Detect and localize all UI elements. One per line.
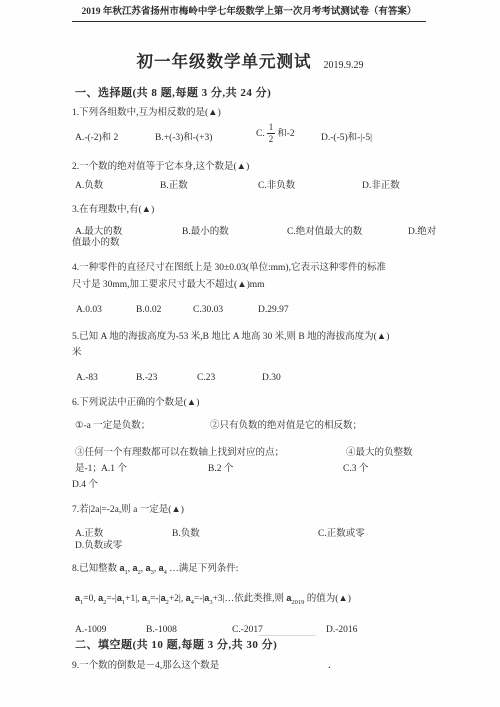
q6-item-4: ④最大的负整数 xyxy=(346,447,413,459)
question-2-text: 2.一个数的绝对值等于它本身,这个数是(▲) xyxy=(72,161,249,173)
q6-option-d: D.4 个 xyxy=(72,479,98,491)
q4-option-a: A.0.03 xyxy=(76,304,102,316)
section-1-heading: 一、选择题(共 8 题,每题 3 分,共 24 分) xyxy=(75,87,271,99)
q1-option-a: A.-(-2)和 2 xyxy=(75,132,118,144)
question-9-period: ． xyxy=(328,660,338,672)
title-block: 初一年级数学单元测试 2019.9.29 xyxy=(0,48,500,72)
q7-option-c: C.正数或零 xyxy=(318,528,365,540)
exam-date: 2019.9.29 xyxy=(324,60,364,72)
q6-option-b: B.2 个 xyxy=(208,463,233,475)
question-4-line2: 尺寸是 30mm,加工要求尺寸最大不超过(▲)mm xyxy=(72,279,265,291)
q5-option-d: D.30 xyxy=(262,372,281,384)
question-8-equation: a1=0, a2=-|a1+1|, a3=-|a2+2|, a4=-|a3+3|… xyxy=(75,592,351,605)
q1-option-b: B.+(-3)和-(+3) xyxy=(155,132,212,144)
q2-option-c: C.非负数 xyxy=(258,180,295,192)
exam-title: 初一年级数学单元测试 xyxy=(137,48,312,72)
question-7-text: 7.若|2a|=-2a,则 a 一定是(▲) xyxy=(72,504,184,516)
q1-option-c-suffix: 和-2 xyxy=(277,128,294,140)
q8-option-a: A.-1009 xyxy=(75,624,106,636)
q1-option-d: D.-(-5)和-|-5| xyxy=(321,132,372,144)
q2-option-a: A.负数 xyxy=(75,180,103,192)
q2-option-d: D.非正数 xyxy=(362,180,400,192)
q6-option-c: C.3 个 xyxy=(343,463,368,475)
q3-option-d: D.绝对 xyxy=(408,226,436,238)
q4-option-c: C.30.03 xyxy=(193,304,223,316)
question-4-line1: 4.一种零件的直径尺寸在图纸上是 30±0.03(单位:mm),它表示这种零件的… xyxy=(72,262,386,274)
test-paper-page: 2019 年秋江苏省扬州市梅岭中学七年级数学上第一次月考考试测试卷（有答案） 初… xyxy=(0,0,500,707)
q6-item-1: ①-a 一定是负数； xyxy=(75,420,150,432)
q8-option-d: D.-2016 xyxy=(326,624,357,636)
q8-option-b: B.-1008 xyxy=(146,624,177,636)
document-header: 2019 年秋江苏省扬州市梅岭中学七年级数学上第一次月考考试测试卷（有答案） xyxy=(72,6,426,22)
fraction-denominator: 2 xyxy=(267,134,276,144)
question-9-text: 9.一个数的倒数是－4,那么这个数是 xyxy=(72,660,219,672)
q2-option-b: B.正数 xyxy=(160,180,188,192)
question-6-text: 6.下列说法中正确的个数是(▲) xyxy=(72,397,199,409)
q6-item-2: ②只有负数的绝对值是它的相反数； xyxy=(210,420,362,432)
q5-option-b: B.-23 xyxy=(136,372,157,384)
question-5-line2: 米 xyxy=(72,347,82,359)
q1-option-c: C. 1 2 和-2 xyxy=(256,123,295,144)
q3-option-d-wrap: 值最小的数 xyxy=(72,237,120,249)
q4-option-b: B.0.02 xyxy=(136,304,161,316)
q4-option-d: D.29.97 xyxy=(258,304,289,316)
q6-option-a: A.1 个 xyxy=(101,463,127,475)
fraction-one-half: 1 2 xyxy=(267,123,276,144)
q7-option-a: A.正数 xyxy=(75,528,103,540)
question-8-intro: 8.已知整数 a1, a2, a3, a4 …满足下列条件: xyxy=(72,562,238,575)
fraction-numerator: 1 xyxy=(267,123,276,134)
question-5-line1: 5.已知 A 地的海拔高度为-53 米,B 地比 A 地高 30 米,则 B 地… xyxy=(72,331,389,343)
question-1-text: 1.下列各组数中,互为相反数的是(▲) xyxy=(72,107,221,119)
section-2-heading: 二、填空题(共 10 题,每题 3 分,共 30 分) xyxy=(75,639,277,651)
q6-item-3: ③任何一个有理数都可以在数轴上找到对应的点； xyxy=(75,447,284,459)
q3-option-c: C.绝对值最大的数 xyxy=(287,226,362,238)
q1-option-c-label: C. xyxy=(256,128,265,140)
q7-option-b: B.负数 xyxy=(172,528,200,540)
q5-option-a: A.-83 xyxy=(76,372,98,384)
q5-option-c: C.23 xyxy=(197,372,215,384)
question-3-text: 3.在有理数中,有(▲) xyxy=(72,204,154,216)
q7-option-d: D.负数或零 xyxy=(75,540,122,552)
blank-underline xyxy=(258,635,316,636)
q6-item-4-wrap: 是-1； xyxy=(75,463,102,475)
q3-option-b: B.最小的数 xyxy=(182,226,229,238)
